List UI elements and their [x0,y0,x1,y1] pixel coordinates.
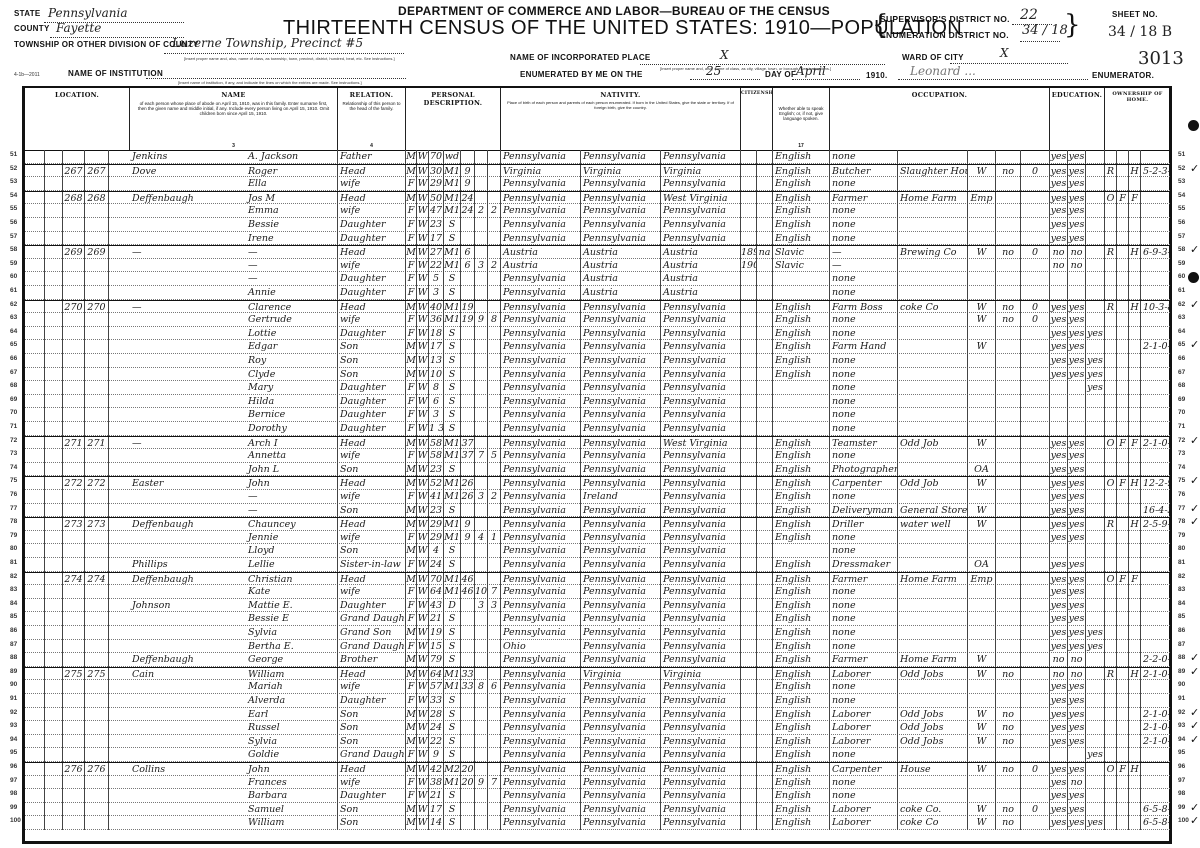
cell-ind [898,395,968,409]
cell-mort [1117,789,1129,803]
cell-lang: English [773,313,830,327]
cell-given: John [218,763,338,777]
cell-lang: English [773,177,830,191]
cell-imm [741,192,757,206]
cell-given: Mary [218,381,338,395]
cell-born [475,463,488,477]
cell-dw [63,204,85,218]
cell-sex: F [406,177,417,191]
cell-rel: wife [338,776,406,790]
cell-fam [85,680,109,694]
cell-house [45,192,63,206]
cell-mort [1117,286,1129,300]
cell-fam [85,694,109,708]
cell-occ: Laborer [830,708,898,722]
cell-own [1105,789,1117,803]
cell-dw [63,422,85,436]
cell-ind [898,177,968,191]
cell-born [475,246,488,260]
cell-given: Lottie [218,327,338,341]
cell-own: O [1105,437,1117,451]
cell-yrs: 24 [461,204,475,218]
cell-occ: none [830,748,898,762]
cell-ind: Home Farm [898,573,968,587]
cell-fam [85,177,109,191]
cell-occ: Farmer [830,192,898,206]
cell-mort [1117,408,1129,422]
cell-ind [898,204,968,218]
cell-sch [1086,763,1105,777]
cell-lang: English [773,735,830,749]
cell-ms: M1 [444,177,461,191]
cell-born [475,544,488,558]
cell-fh [1129,640,1141,654]
line-number-left: 56 [10,219,17,226]
line-number-left: 61 [10,287,17,294]
line-number-right: 55 [1178,205,1185,212]
cell-own [1105,204,1117,218]
cell-occ: — [830,246,898,260]
cell-own [1105,272,1117,286]
cell-mort [1117,165,1129,179]
cell-sex: M [406,354,417,368]
cell-code [1141,763,1170,777]
table-row: 275275CainWilliamHeadMW64M133Pennsylvani… [25,667,1170,681]
cell-ms: S [444,218,461,232]
cell-race: W [417,531,429,545]
cell-fh [1129,531,1141,545]
cell-race: W [417,477,429,491]
cell-yrs [461,368,475,382]
cell-fam [85,340,109,354]
cell-occ: none [830,232,898,246]
table-row: JenkinsA. JacksonFatherMW70wdPennsylvani… [25,150,1170,164]
line-number-right: 52 [1178,165,1185,172]
cell-given: Annie [218,286,338,300]
cell-yrs [461,789,475,803]
line-number-left: 67 [10,369,17,376]
cell-ms: S [444,626,461,640]
cell-code [1141,573,1170,587]
cell-pob: Pennsylvania [501,763,581,777]
cell-oow [996,612,1021,626]
cell-dw [63,381,85,395]
cell-imm [741,531,757,545]
cell-ind: coke Co. [898,803,968,817]
cell-dw [63,708,85,722]
cell-imm [741,748,757,762]
cell-wks [1021,368,1050,382]
cell-sex: F [406,531,417,545]
cell-house [45,599,63,613]
cell-own [1105,748,1117,762]
line-number-left: 74 [10,464,17,471]
cell-street [25,490,45,504]
cell-pob: Pennsylvania [501,694,581,708]
cell-yrs [461,708,475,722]
cell-pob: Austria [501,246,581,260]
cell-occ: Farmer [830,573,898,587]
cell-imm [741,381,757,395]
line-number-left: 62 [10,301,17,308]
cell-sex: M [406,721,417,735]
cell-yrs: 33 [461,680,475,694]
cell-emp [968,585,996,599]
cell-oow [996,626,1021,640]
line-number-left: 90 [10,681,17,688]
cell-oow [996,653,1021,667]
cell-code [1141,368,1170,382]
cell-fh [1129,449,1141,463]
line-number-right: 95 [1178,749,1185,756]
cell-write: yes [1068,531,1086,545]
cell-rel: Son [338,816,406,830]
table-row: SylviaGrand SonMW19SPennsylvaniaPennsylv… [25,626,1170,640]
cell-oow [996,748,1021,762]
cell-fh [1129,776,1141,790]
cell-house [45,803,63,817]
cell-dw [63,368,85,382]
cell-own [1105,626,1117,640]
cell-ms: M1 [444,668,461,682]
cell-occ: none [830,626,898,640]
cell-race: W [417,463,429,477]
cell-fpob: Pennsylvania [581,612,661,626]
cell-mpob: Pennsylvania [661,573,741,587]
cell-imm [741,680,757,694]
cell-fpob: Pennsylvania [581,708,661,722]
cell-read: yes [1050,165,1068,179]
cell-pob: Pennsylvania [501,313,581,327]
check-mark-icon: ✓ [1190,801,1199,814]
line-number-right: 64 [1178,328,1185,335]
cell-sch [1086,301,1105,315]
cell-nat [757,640,773,654]
cell-street [25,735,45,749]
cell-fpob: Pennsylvania [581,558,661,572]
cell-own [1105,313,1117,327]
cell-living [488,518,501,532]
cell-code [1141,150,1170,164]
cell-house [45,694,63,708]
cell-fh [1129,748,1141,762]
cell-read: yes [1050,640,1068,654]
cell-lang: English [773,558,830,572]
cell-surname [130,748,218,762]
cell-race: W [417,422,429,436]
cell-mort [1117,748,1129,762]
cell-born [475,558,488,572]
cell-dw [63,272,85,286]
cell-ms: M2 [444,763,461,777]
cell-sch [1086,218,1105,232]
cell-yrs [461,340,475,354]
check-mark-icon: ✓ [1190,162,1199,175]
table-row: LloydSonMW4SPennsylvaniaPennsylvaniaPenn… [25,544,1170,558]
cell-given: Hilda [218,395,338,409]
cell-age: 47 [429,204,444,218]
line-number-right: 71 [1178,423,1185,430]
cell-rel: Head [338,668,406,682]
cell-nat [757,626,773,640]
cell-imm [741,789,757,803]
cell-rel: Daughter [338,286,406,300]
cell-nat [757,599,773,613]
cell-pob: Austria [501,259,581,273]
cell-age: 29 [429,531,444,545]
cell-occ: Laborer [830,803,898,817]
line-number-right: 87 [1178,641,1185,648]
cell-own [1105,816,1117,830]
cell-ind [898,422,968,436]
cell-read: yes [1050,437,1068,451]
cell-write: yes [1068,721,1086,735]
cell-lang: English [773,612,830,626]
cell-nat [757,177,773,191]
check-mark-icon: ✓ [1190,665,1199,678]
cell-own [1105,735,1117,749]
cell-wks: 0 [1021,763,1050,777]
cell-lang [773,381,830,395]
cell-fpob: Pennsylvania [581,640,661,654]
line-number-left: 72 [10,437,17,444]
cell-mort [1117,803,1129,817]
cell-pob: Pennsylvania [501,232,581,246]
cell-imm: 1899 [741,246,757,260]
cell-occ: none [830,313,898,327]
cell-pob: Pennsylvania [501,776,581,790]
form-number: 4-1b—2011 [14,72,40,78]
cell-yrs: 9 [461,518,475,532]
cell-sex: F [406,408,417,422]
cell-dw [63,327,85,341]
cell-pob: Pennsylvania [501,803,581,817]
cell-code: 6-5-8-8 [1141,803,1170,817]
cell-given: Earl [218,708,338,722]
cell-fam [85,368,109,382]
cell-sex: F [406,381,417,395]
cell-fam [85,490,109,504]
table-row: 274274DeffenbaughChristianHeadMW70M146Pe… [25,572,1170,586]
cell-read [1050,286,1068,300]
table-row: 272272EasterJohnHeadMW52M126Pennsylvania… [25,476,1170,490]
cell-given: William [218,816,338,830]
cell-fh [1129,463,1141,477]
table-row: BessieDaughterFW23SPennsylvaniaPennsylva… [25,218,1170,232]
cell-lang: English [773,573,830,587]
cell-ms: M1 [444,449,461,463]
cell-surname: — [130,301,218,315]
cell-sex: M [406,150,417,164]
line-number-left: 77 [10,505,17,512]
cell-imm [741,301,757,315]
cell-ms: S [444,354,461,368]
cell-code [1141,218,1170,232]
cell-write: yes [1068,735,1086,749]
line-number-right: 74 [1178,464,1185,471]
table-row: LottieDaughterFW18SPennsylvaniaPennsylva… [25,327,1170,341]
cell-surname: — [130,437,218,451]
cell-yrs [461,232,475,246]
cell-rel: wife [338,313,406,327]
cell-ms: S [444,612,461,626]
cell-sch [1086,246,1105,260]
cell-pob: Pennsylvania [501,272,581,286]
cell-yrs: 9 [461,531,475,545]
cell-lang: English [773,708,830,722]
cell-pob: Pennsylvania [501,585,581,599]
cell-lang: English [773,354,830,368]
cell-sch [1086,490,1105,504]
cell-age: 40 [429,301,444,315]
cell-mort [1117,558,1129,572]
cell-street [25,218,45,232]
cell-lang [773,408,830,422]
cell-house [45,165,63,179]
cell-write [1068,272,1086,286]
cell-mort [1117,735,1129,749]
cell-mort [1117,816,1129,830]
cell-age: 14 [429,816,444,830]
cell-ms: S [444,422,461,436]
cell-imm [741,776,757,790]
cell-born [475,150,488,164]
cell-street [25,585,45,599]
cell-street [25,694,45,708]
table-row: AnnieDaughterFW3SPennsylvaniaAustriaAust… [25,286,1170,300]
cell-wks [1021,573,1050,587]
cell-mpob: Pennsylvania [661,735,741,749]
cell-fpob: Pennsylvania [581,192,661,206]
cell-emp: Emp [968,192,996,206]
day-underline [690,79,760,80]
cell-fpob: Pennsylvania [581,177,661,191]
cell-age: 50 [429,192,444,206]
cell-ind [898,368,968,382]
enumerator-name: Leonard ... [910,64,976,78]
cell-oow [996,449,1021,463]
cell-lang: English [773,789,830,803]
cell-code [1141,748,1170,762]
cell-nat [757,477,773,491]
cell-ms: M1 [444,477,461,491]
cell-pob: Pennsylvania [501,301,581,315]
cell-write: yes [1068,354,1086,368]
check-mark-icon: ✓ [1190,515,1199,528]
cell-nat [757,748,773,762]
cell-surname [130,504,218,518]
line-number-right: 67 [1178,369,1185,376]
cell-nat [757,653,773,667]
cell-own [1105,422,1117,436]
cell-living [488,395,501,409]
cell-mort [1117,381,1129,395]
cell-surname [130,286,218,300]
cell-own [1105,327,1117,341]
cell-emp: OA [968,463,996,477]
cell-street [25,789,45,803]
census-table: LOCATION. NAMEof each person whose place… [22,86,1172,844]
cell-mort [1117,301,1129,315]
cell-yrs: 37 [461,449,475,463]
cell-dw [63,354,85,368]
line-number-right: 97 [1178,777,1185,784]
cell-occ: none [830,368,898,382]
cell-oow [996,368,1021,382]
table-row: John LSonMW23SPennsylvaniaPennsylvaniaPe… [25,463,1170,477]
cell-rel: Son [338,463,406,477]
cell-mort [1117,653,1129,667]
cell-emp: W [968,816,996,830]
cell-born [475,286,488,300]
table-row: 271271—Arch IHeadMW58M137PennsylvaniaPen… [25,436,1170,450]
cell-yrs [461,463,475,477]
line-number-left: 66 [10,355,17,362]
cell-race: W [417,381,429,395]
cell-own [1105,368,1117,382]
cell-house [45,246,63,260]
cell-ind [898,340,968,354]
cell-oow [996,408,1021,422]
cell-ind [898,531,968,545]
cell-age: 23 [429,463,444,477]
cell-surname [130,422,218,436]
cell-living [488,816,501,830]
cell-rel: wife [338,490,406,504]
cell-fpob: Pennsylvania [581,694,661,708]
cell-mpob: Pennsylvania [661,301,741,315]
cell-code [1141,599,1170,613]
cell-occ: Laborer [830,668,898,682]
cell-ind: Odd Job [898,477,968,491]
cell-race: W [417,558,429,572]
cell-ind [898,327,968,341]
cell-write: yes [1068,177,1086,191]
cell-read [1050,272,1068,286]
cell-sex: M [406,301,417,315]
cell-race: W [417,368,429,382]
cell-lang: English [773,192,830,206]
cell-fh [1129,708,1141,722]
cell-yrs: 46 [461,585,475,599]
cell-fpob: Pennsylvania [581,735,661,749]
line-number-right: 78 [1178,518,1185,525]
cell-street [25,708,45,722]
cell-pob: Pennsylvania [501,463,581,477]
cell-oow [996,680,1021,694]
cell-house [45,518,63,532]
cell-born [475,735,488,749]
line-number-left: 78 [10,518,17,525]
cell-wks [1021,504,1050,518]
cell-fam [85,748,109,762]
cell-code [1141,789,1170,803]
cell-fh [1129,803,1141,817]
cell-street [25,680,45,694]
cell-nat [757,816,773,830]
cell-fam [85,218,109,232]
cell-house [45,680,63,694]
cell-ms: S [444,368,461,382]
cell-imm [741,558,757,572]
cell-pob: Pennsylvania [501,204,581,218]
cell-living [488,177,501,191]
cell-living: 8 [488,313,501,327]
cell-dw [63,599,85,613]
line-number-left: 85 [10,613,17,620]
cell-read: yes [1050,763,1068,777]
cell-code [1141,585,1170,599]
